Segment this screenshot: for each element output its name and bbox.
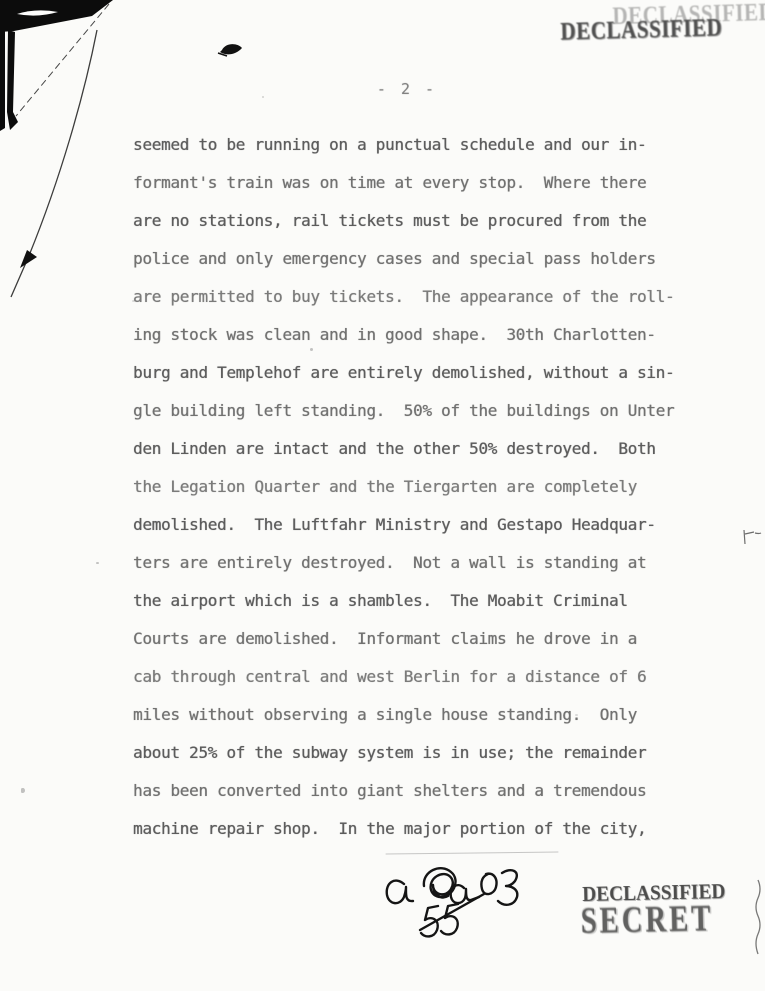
- declassified-secret-stamp: DECLASSIFIED SECRET: [582, 878, 765, 946]
- typed-line: the Legation Quarter and the Tiergarten …: [133, 468, 693, 506]
- typed-line: police and only emergency cases and spec…: [133, 240, 693, 278]
- typed-line: ing stock was clean and in good shape. 3…: [133, 316, 693, 354]
- typed-line: about 25% of the subway system is in use…: [133, 734, 693, 772]
- typed-line: gle building left standing. 50% of the b…: [133, 392, 693, 430]
- scan-artifact-top-left: [0, 0, 150, 320]
- typed-line: ters are entirely destroyed. Not a wall …: [133, 544, 693, 582]
- scratch-mark-right: [740, 526, 764, 552]
- ink-blob-mark: [216, 40, 246, 62]
- typed-line: seemed to be running on a punctual sched…: [133, 126, 693, 164]
- typed-line: are permitted to buy tickets. The appear…: [133, 278, 693, 316]
- typed-line: has been converted into giant shelters a…: [133, 772, 693, 810]
- typed-line: cab through central and west Berlin for …: [133, 658, 693, 696]
- scan-squiggle-right-edge: [752, 878, 764, 958]
- typed-line: Courts are demolished. Informant claims …: [133, 620, 693, 658]
- typed-line: the airport which is a shambles. The Moa…: [133, 582, 693, 620]
- typed-line: demolished. The Luftfahr Ministry and Ge…: [133, 506, 693, 544]
- declassified-stamp-top: DECLASSIFIED: [560, 13, 749, 46]
- handwritten-note: [378, 848, 578, 948]
- typed-line: formant's train was on time at every sto…: [133, 164, 693, 202]
- typed-line: burg and Templehof are entirely demolish…: [133, 354, 693, 392]
- secret-stamp: SECRET: [580, 896, 713, 942]
- page-number: - 2 -: [372, 80, 442, 98]
- typed-paragraph: seemed to be running on a punctual sched…: [133, 126, 693, 848]
- typed-line: machine repair shop. In the major portio…: [133, 810, 693, 848]
- document-page: - 2 - seemed to be running on a punctual…: [0, 0, 765, 991]
- typed-line: den Linden are intact and the other 50% …: [133, 430, 693, 468]
- typed-line: are no stations, rail tickets must be pr…: [133, 202, 693, 240]
- typed-line: miles without observing a single house s…: [133, 696, 693, 734]
